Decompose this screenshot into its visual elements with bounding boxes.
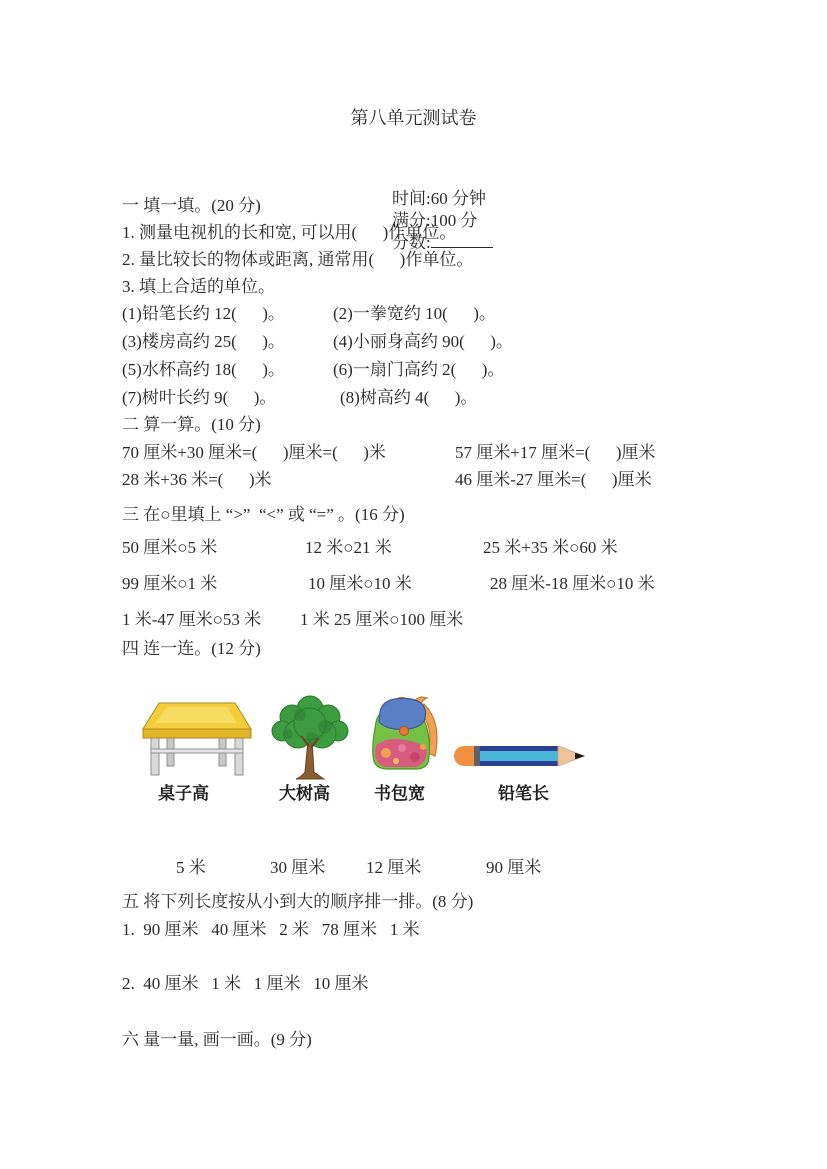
object-label-pencil: 铅笔长 — [498, 779, 549, 804]
section3-cmp-2: 12 米○21 米 — [305, 537, 392, 559]
section3-cmp-4: 99 厘米○1 米 — [122, 573, 217, 595]
section3-cmp-3: 25 米+35 米○60 米 — [483, 537, 618, 559]
section2-problem-2: 57 厘米+17 厘米=( )厘米 — [455, 442, 656, 464]
object-label-table: 桌子高 — [158, 779, 209, 804]
section3-cmp-1: 50 厘米○5 米 — [122, 537, 217, 559]
section1-item-5: (5)水杯高约 18( )。 — [122, 359, 285, 381]
backpack-icon — [368, 692, 448, 778]
section1-item-4: (4)小丽身高约 90( )。 — [333, 331, 513, 353]
section3-cmp-8: 1 米 25 厘米○100 厘米 — [300, 609, 463, 631]
object-label-tree: 大树高 — [279, 779, 330, 804]
section1-item-7: (7)树叶长约 9( )。 — [122, 387, 276, 409]
section1-item-1: (1)铅笔长约 12( )。 — [122, 303, 285, 325]
match-value-4: 90 厘米 — [486, 857, 541, 879]
section1-q3: 3. 填上合适的单位。 — [122, 276, 275, 298]
section1-item-2: (2)一拳宽约 10( )。 — [333, 303, 496, 325]
section3-cmp-7: 1 米-47 厘米○53 米 — [122, 609, 261, 631]
time-label: 时间:60 分钟 — [392, 189, 486, 208]
tree-icon — [270, 694, 350, 782]
section4-heading: 四 连一连。(12 分) — [122, 638, 261, 660]
table-icon — [136, 697, 258, 781]
section1-heading: 一 填一填。(20 分) — [122, 195, 261, 217]
object-label-backpack: 书包宽 — [374, 779, 425, 804]
section1-item-6: (6)一扇门高约 2( )。 — [333, 359, 504, 381]
section2-problem-3: 28 米+36 米=( )米 — [122, 469, 272, 491]
section3-cmp-6: 28 厘米-18 厘米○10 米 — [490, 573, 655, 595]
section5-q2: 2. 40 厘米 1 米 1 厘米 10 厘米 — [122, 973, 369, 995]
page-title: 第八单元测试卷 — [0, 107, 827, 129]
section1-item-8: (8)树高约 4( )。 — [340, 387, 477, 409]
section5-heading: 五 将下列长度按从小到大的顺序排一排。(8 分) — [122, 891, 473, 913]
section6-heading: 六 量一量, 画一画。(9 分) — [122, 1029, 312, 1051]
section2-problem-1: 70 厘米+30 厘米=( )厘米=( )米 — [122, 442, 386, 464]
section3-heading: 三 在○里填上 “>” “<” 或 “=” 。(16 分) — [122, 504, 405, 526]
test-paper-page: 第八单元测试卷 时间:60 分钟 满分:100 分 分数: 一 填一填。(20 … — [0, 0, 827, 1169]
match-value-2: 30 厘米 — [270, 857, 325, 879]
section1-item-3: (3)楼房高约 25( )。 — [122, 331, 285, 353]
section2-heading: 二 算一算。(10 分) — [122, 414, 261, 436]
pencil-icon — [452, 738, 594, 774]
section2-problem-4: 46 厘米-27 厘米=( )厘米 — [455, 469, 652, 491]
section1-q1: 1. 测量电视机的长和宽, 可以用( )作单位。 — [122, 222, 456, 244]
section1-q2: 2. 量比较长的物体或距离, 通常用( )作单位。 — [122, 249, 473, 271]
match-value-1: 5 米 — [176, 857, 206, 879]
match-value-3: 12 厘米 — [366, 857, 421, 879]
section5-q1: 1. 90 厘米 40 厘米 2 米 78 厘米 1 米 — [122, 919, 420, 941]
section3-cmp-5: 10 厘米○10 米 — [308, 573, 412, 595]
